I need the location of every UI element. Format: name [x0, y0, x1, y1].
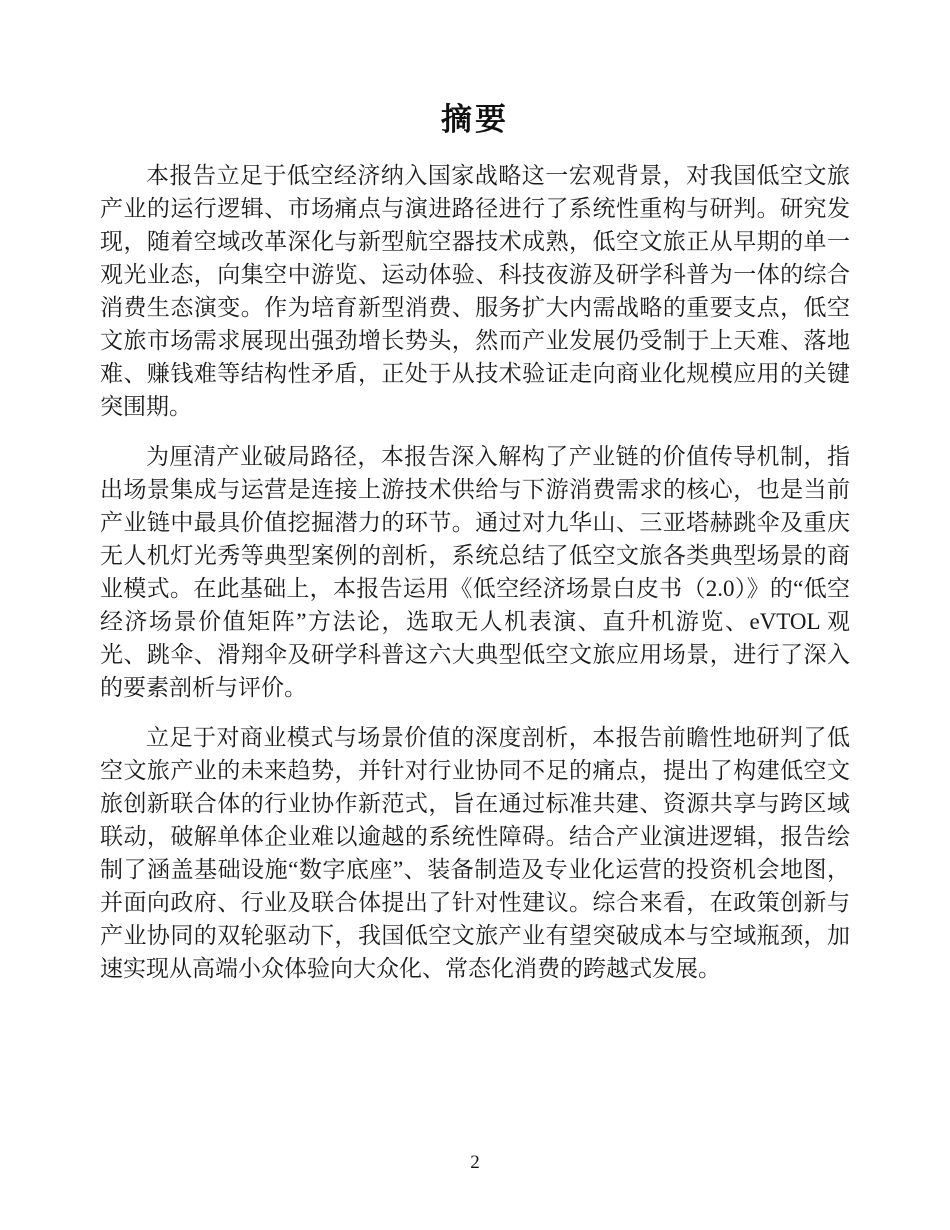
page-content: 摘要 本报告立足于低空经济纳入国家战略这一宏观背景，对我国低空文旅产业的运行逻辑… [100, 98, 850, 1002]
page-number: 2 [0, 1152, 950, 1174]
abstract-paragraph-3: 立足于对商业模式与场景价值的深度剖析，本报告前瞻性地研判了低空文旅产业的未来趋势… [100, 721, 850, 985]
abstract-paragraph-1: 本报告立足于低空经济纳入国家战略这一宏观背景，对我国低空文旅产业的运行逻辑、市场… [100, 159, 850, 423]
abstract-paragraph-2: 为厘清产业破局路径，本报告深入解构了产业链的价值传导机制，指出场景集成与运营是连… [100, 440, 850, 704]
abstract-title: 摘要 [100, 98, 850, 142]
document-page: 摘要 本报告立足于低空经济纳入国家战略这一宏观背景，对我国低空文旅产业的运行逻辑… [0, 0, 950, 1230]
